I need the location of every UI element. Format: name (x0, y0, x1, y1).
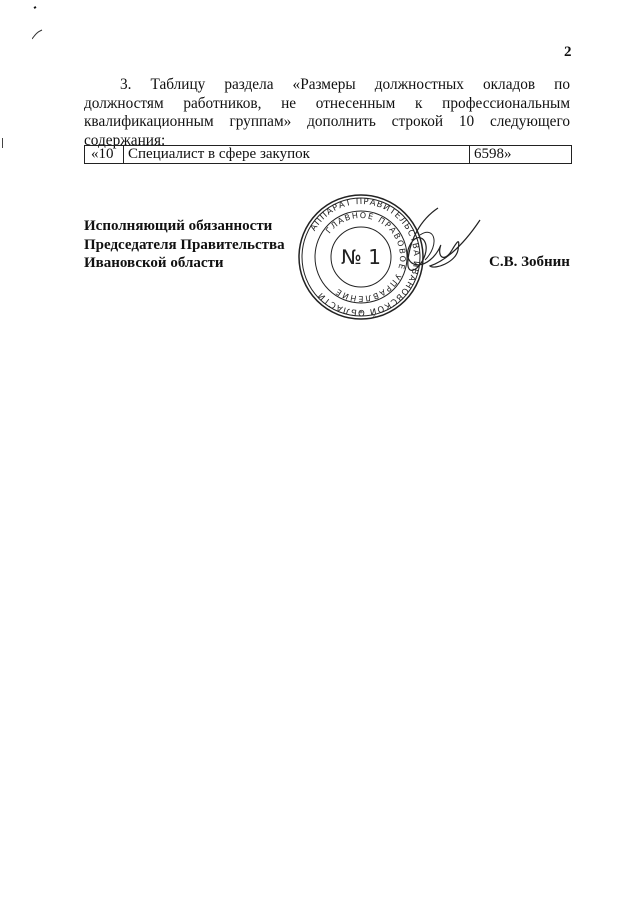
signer-title-line: Ивановской области (84, 254, 285, 273)
table-cell-position: Специалист в сфере закупок (124, 146, 470, 163)
paragraph-line: 3. Таблицу раздела «Размеры должностных … (84, 76, 570, 95)
signer-title-line: Председателя Правительства (84, 236, 285, 255)
signer-title: Исполняющий обязанности Председателя Пра… (84, 217, 285, 273)
handwritten-signature (380, 200, 490, 295)
stamp-star: * (359, 309, 363, 318)
paragraph-line: квалификационным группам» дополнить стро… (84, 113, 570, 132)
body-paragraph: 3. Таблицу раздела «Размеры должностных … (84, 76, 570, 150)
table-cell-salary: 6598» (470, 146, 571, 163)
page-number: 2 (564, 44, 572, 61)
paragraph-line: должностям работников, не отнесенным к п… (84, 95, 570, 114)
stamp-center-text: № 1 (341, 245, 381, 269)
signer-name: С.В. Зобнин (489, 254, 570, 271)
table-cell-number: «10 (85, 146, 124, 163)
salary-table: «10 Специалист в сфере закупок 6598» (84, 145, 572, 164)
scan-mark-left-margin (2, 138, 3, 148)
signer-title-line: Исполняющий обязанности (84, 217, 285, 236)
scan-mark-top-left (32, 6, 54, 47)
